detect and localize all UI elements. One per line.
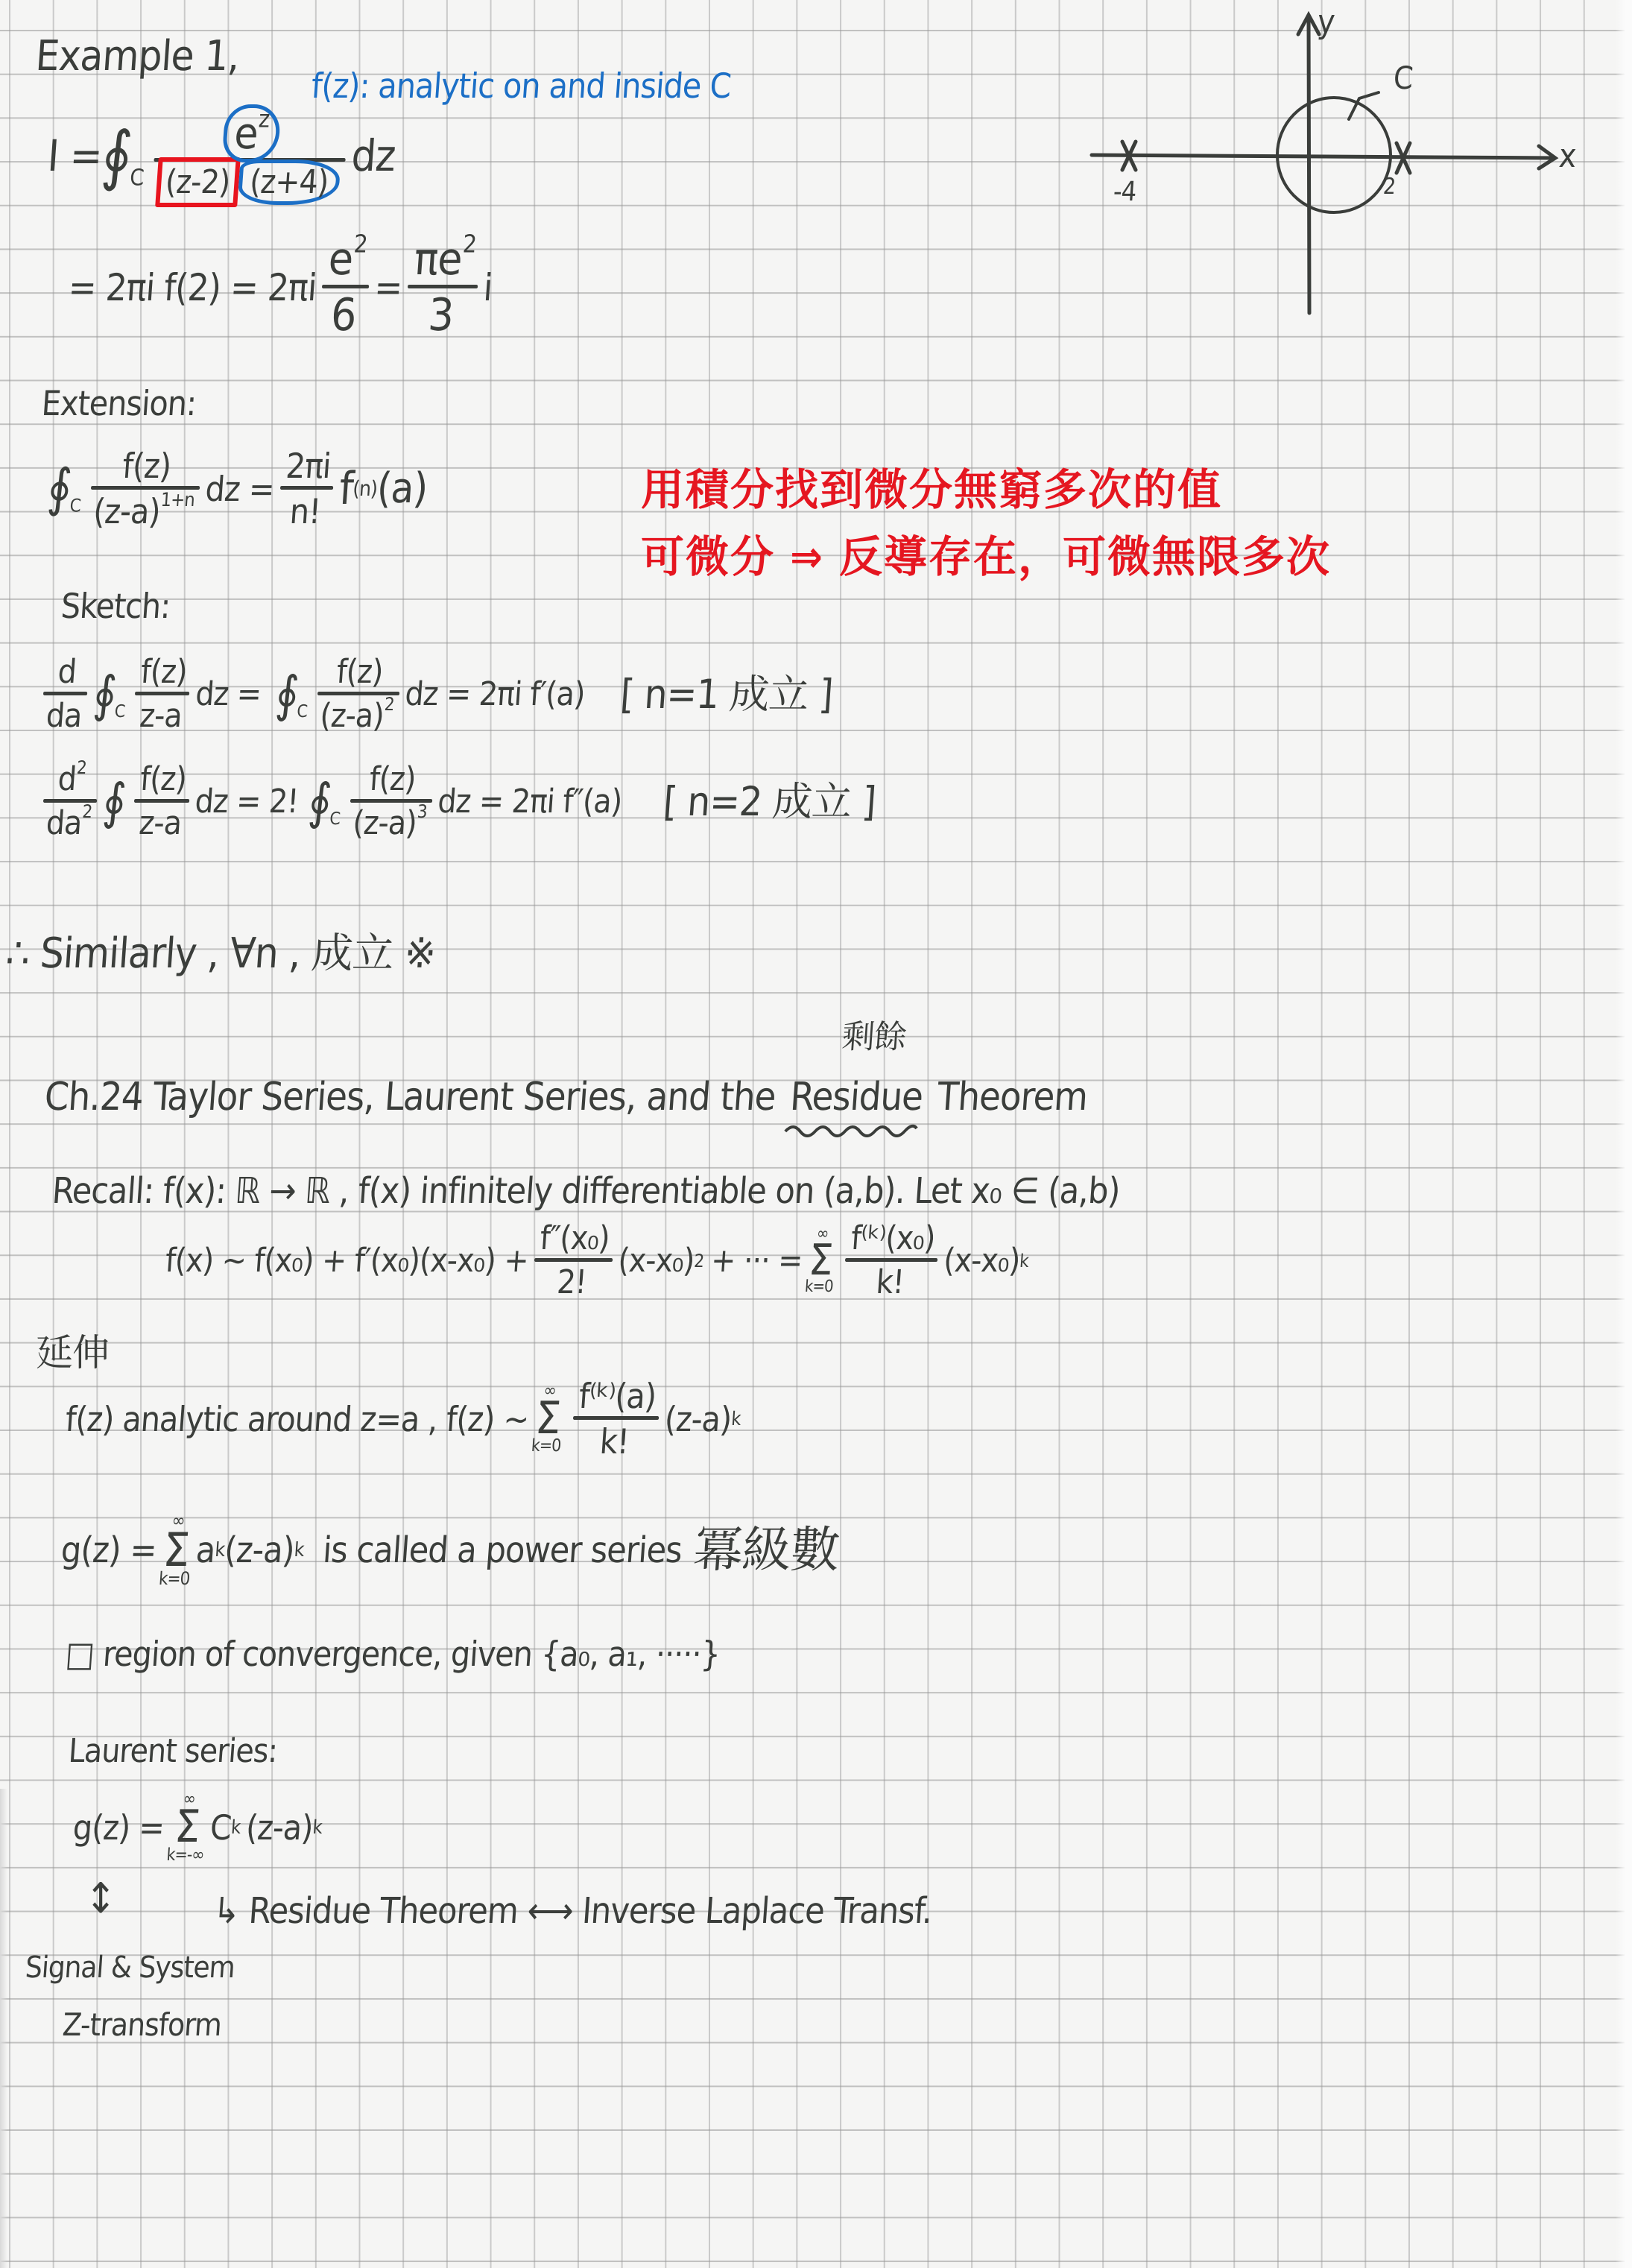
example-result: = 2πi f(2) = 2πi e2 6 = πe2 3 i (65, 237, 496, 338)
conclusion-line: ∴ Similarly , ∀n , 成立 ※ (4, 933, 437, 975)
contour-integral-symbol: ∮C (100, 123, 148, 188)
sketch-bracket-n1: [ n=1 成立 ] (619, 675, 834, 715)
sigma-sum: ∞Σk=-∞ (166, 1792, 209, 1863)
result-fraction-1: e2 6 (319, 237, 373, 338)
complex-plane-diagram (1073, 0, 1610, 328)
diagram-y-label: y (1316, 6, 1335, 39)
chapter-title: Ch.24 Taylor Series, Laurent Series, and… (43, 1078, 1089, 1116)
integrand-denominator: (z-2)(z+4) (151, 162, 346, 199)
checkbox-icon: □ (64, 1634, 95, 1674)
example-integral: I = ∮C ez (z-2)(z+4) dz (45, 112, 398, 199)
sigma-sum: ∞Σk=0 (531, 1383, 565, 1454)
sketch-label: Sketch: (60, 589, 171, 623)
extension-formula: ∮C f(z) (z-a)1+n dz = 2πi n! f(n) (a) (45, 449, 430, 528)
diagram-x-label: x (1557, 140, 1576, 173)
contour-integral-symbol: ∮C (307, 777, 343, 827)
signal-system-label: Signal & System (25, 1953, 235, 1983)
diagram-pole-right-label: 2 (1382, 176, 1396, 198)
circled-fz-region: ez (221, 104, 282, 162)
z-transform-label: Z-transform (62, 2009, 223, 2041)
sketch-line-1: dda ∮C f(z)z-a dz = ∮C f(z)(z-a)2 dz = 2… (40, 656, 835, 733)
diagram-contour-label: C (1393, 63, 1414, 94)
extension-rhs-fraction: 2πi n! (277, 449, 336, 528)
contour-integral-symbol: ∮C (46, 463, 83, 514)
sigma-sum: ∞Σk=0 (804, 1227, 837, 1295)
taylor-series-real: f(x) ~ f(x₀) + f′(x₀)(x-x₀) + f″(x₀)2! (… (162, 1222, 1031, 1299)
extension-note-line1: 用積分找到微分無窮多次的值 (641, 468, 1222, 511)
laurent-label: Laurent series: (67, 1735, 278, 1768)
integral-lhs: I = (46, 134, 104, 177)
wavy-underline (783, 1121, 918, 1136)
extension-label: Extension: (40, 386, 197, 420)
extension-lhs-fraction: f(z) (z-a)1+n (88, 449, 203, 528)
extension-note-line2: 可微分 ⇒ 反導存在，可微無限多次 (641, 535, 1331, 578)
residue-relation-line: ↳ Residue Theorem ⟷ Inverse Laplace Tran… (212, 1893, 933, 1929)
recall-line: Recall: f(x): ℝ → ℝ , f(x) infinitely di… (51, 1173, 1121, 1209)
example-title: Example 1, (34, 36, 241, 78)
analytic-annotation: f(z): analytic on and inside C (310, 69, 732, 103)
x-axis (1092, 155, 1554, 158)
contour-integral-symbol: ∮C (92, 670, 127, 719)
y-axis (1309, 16, 1309, 313)
power-series-line: g(z) = ∞Σk=0 ak (z-a)k is called a power… (59, 1513, 842, 1587)
paper-edge-left (0, 1789, 7, 2268)
chapter-title-residue: Residue (789, 1078, 924, 1116)
contour-integral-symbol: ∮ (101, 777, 127, 827)
laurent-series-line: g(z) = ∞Σk=-∞ Ck (z-a)k (71, 1792, 324, 1863)
diagram-pole-left-label: -4 (1113, 179, 1137, 206)
integrand-fraction: ez (z-2)(z+4) (151, 112, 349, 199)
sketch-line-2: d2da2 ∮ f(z)z-a dz = 2! ∮C f(z)(z-a)3 dz… (40, 763, 878, 840)
circled-analytic-factor: (z+4) (237, 159, 341, 205)
notebook-page: Example 1, f(z): analytic on and inside … (0, 0, 1632, 2268)
complex-taylor-line: f(z) analytic around z=a , f(z) ~ ∞Σk=0 … (63, 1379, 743, 1459)
updown-arrow-icon: ↕ (85, 1878, 116, 1920)
branch-arrow-icon: ↳ (212, 1890, 241, 1932)
contour-integral-symbol: ∮C (274, 670, 310, 719)
result-fraction-2: πe2 3 (405, 237, 481, 338)
extension2-label: 延伸 (36, 1334, 109, 1371)
sketch-bracket-n2: [ n=2 成立 ] (662, 782, 876, 822)
integrand-numerator: ez (217, 112, 285, 158)
boxed-pole-factor: (z-2) (155, 157, 241, 207)
integral-dz: dz (350, 134, 397, 177)
power-series-chinese: 冪級數 (692, 1526, 841, 1575)
region-of-convergence: □ region of convergence, given {a₀, a₁, … (64, 1637, 721, 1671)
residue-chinese-annotation: 剩餘 (841, 1021, 907, 1054)
sigma-sum: ∞Σk=0 (158, 1513, 194, 1587)
paper-edge-right (1616, 0, 1632, 2268)
